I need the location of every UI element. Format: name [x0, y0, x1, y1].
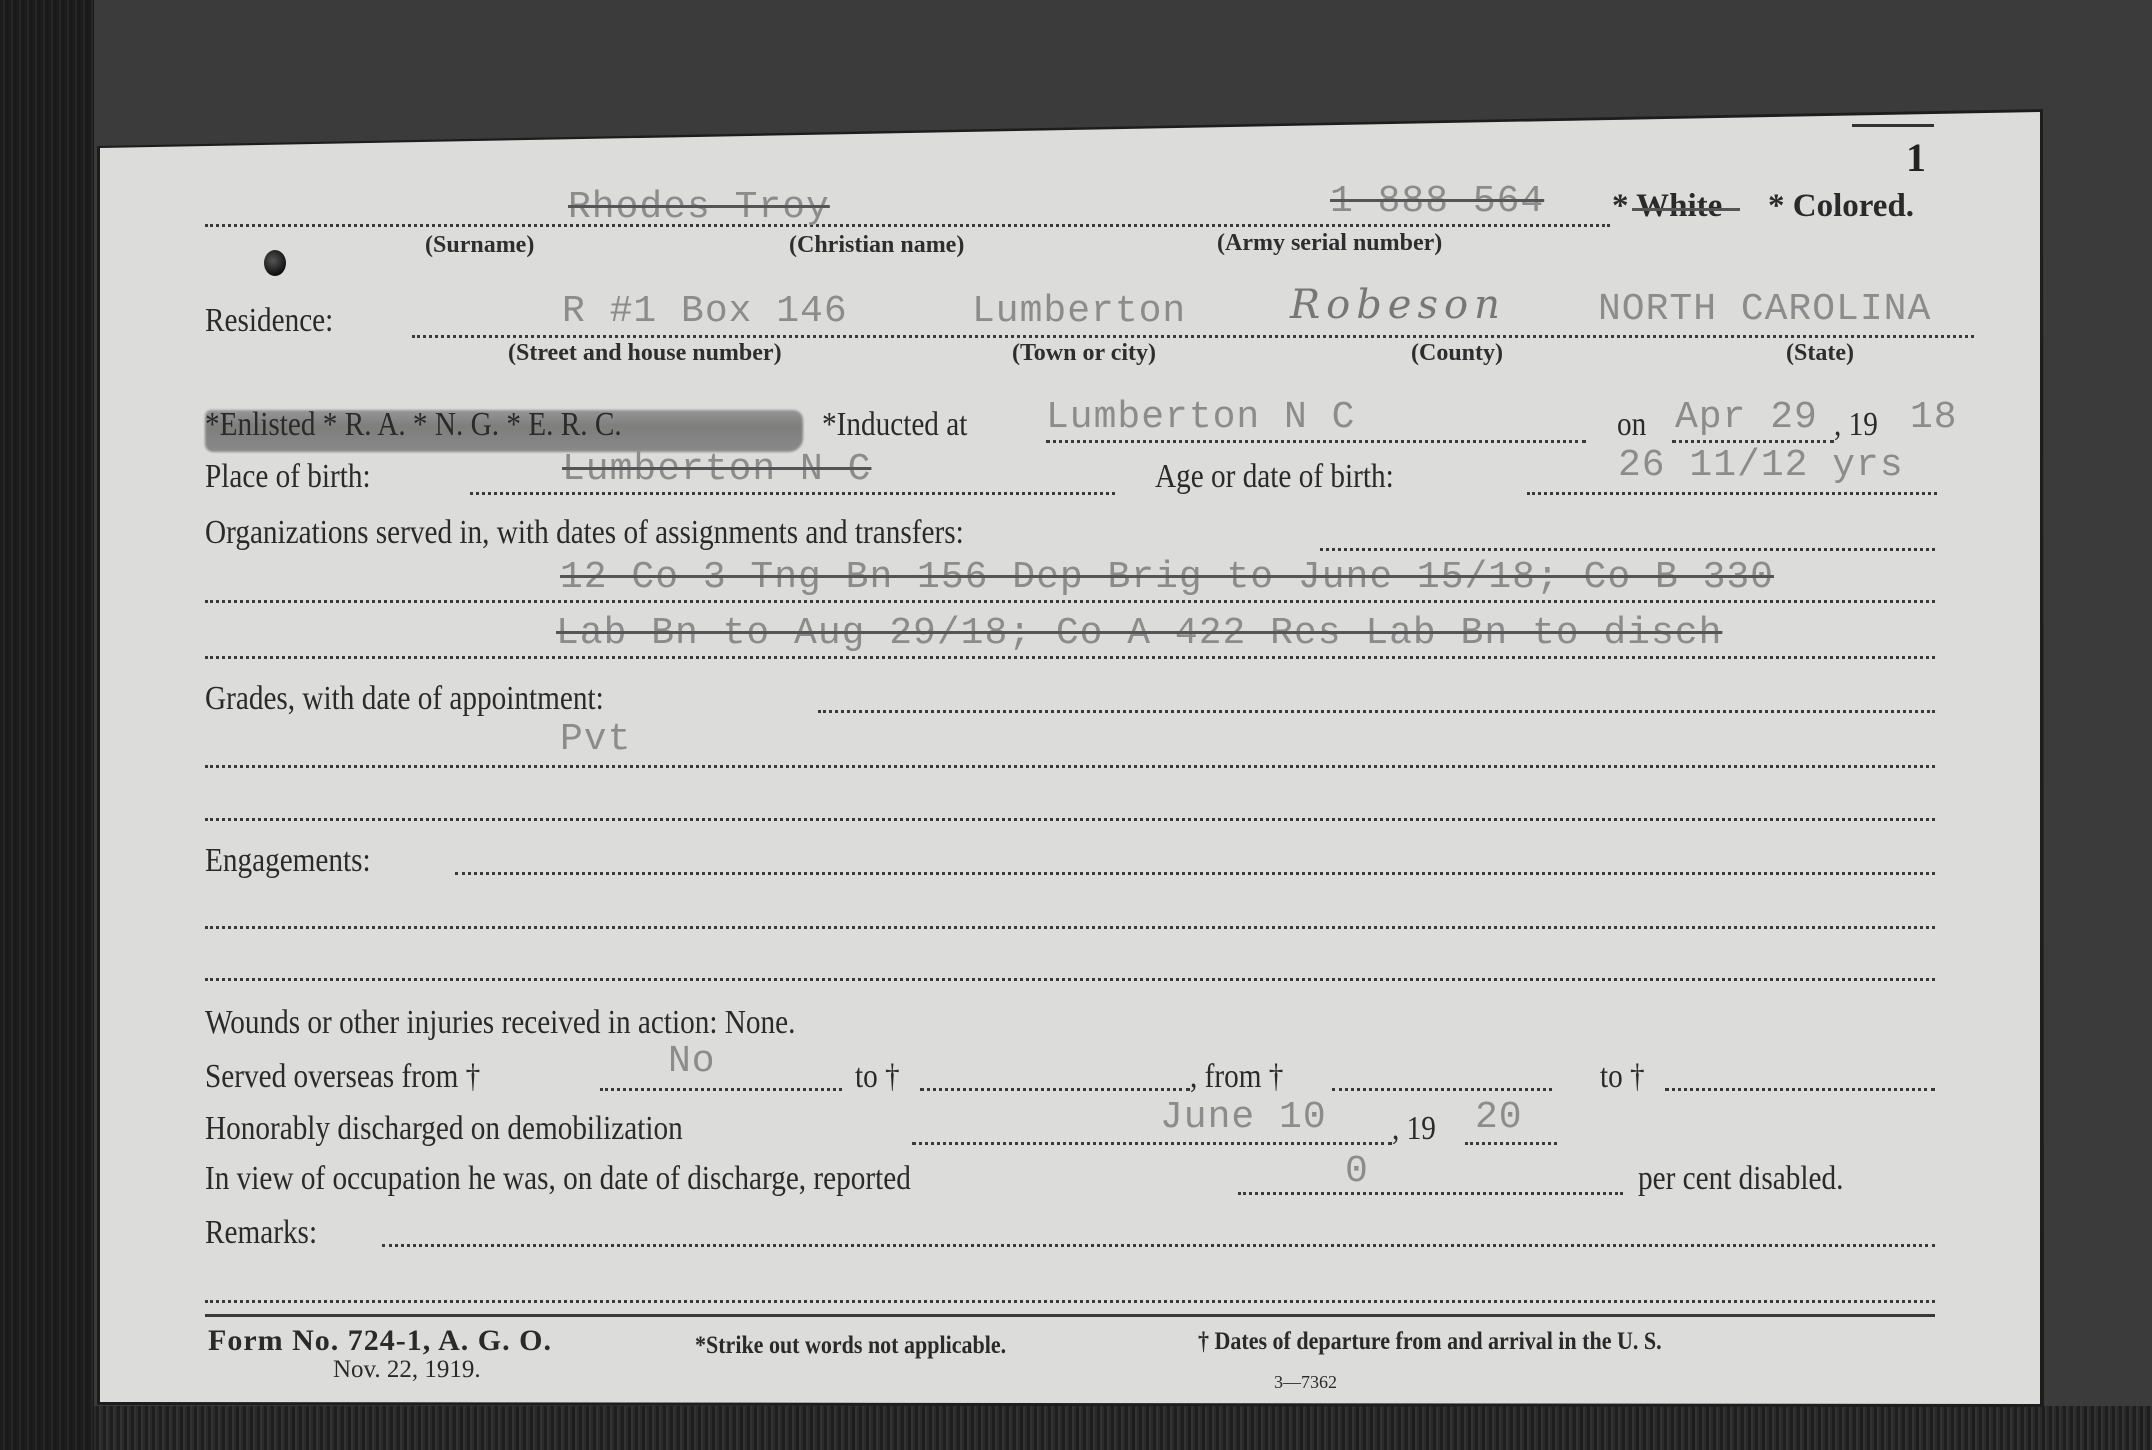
- overseas-from2-line: [1332, 1088, 1552, 1091]
- overseas-from-label: Served overseas from †: [205, 1058, 480, 1096]
- place-of-birth-line: [470, 492, 1115, 495]
- organization-entry-2: Lab Bn to Aug 29/18; Co A 422 Res Lab Bn…: [556, 612, 1722, 655]
- overseas-to2-label: to †: [1600, 1058, 1645, 1096]
- grades-label: Grades, with date of appointment:: [205, 680, 604, 718]
- organization-entry-1: 12 Co 3 Tng Bn 156 Dep Brig to June 15/1…: [560, 556, 1774, 599]
- inducted-place: Lumberton N C: [1046, 396, 1355, 439]
- organizations-line-1: [205, 600, 1935, 603]
- residence-state: NORTH CAROLINA: [1598, 288, 1931, 331]
- discharge-date: June 10: [1160, 1096, 1327, 1139]
- engagements-line-2: [205, 978, 1935, 981]
- inducted-line: [1046, 440, 1586, 443]
- town-label: (Town or city): [1012, 340, 1156, 367]
- wounds-value: None.: [725, 1004, 796, 1041]
- organizations-line-2: [205, 656, 1935, 659]
- engagements-line-1: [205, 926, 1935, 929]
- print-code: 3—7362: [1274, 1372, 1337, 1393]
- scan-border-left: [0, 0, 94, 1450]
- wounds-label: Wounds or other injuries received in act…: [205, 1004, 795, 1042]
- on-label: on: [1617, 406, 1646, 444]
- disability-label: In view of occupation he was, on date of…: [205, 1160, 911, 1198]
- grades-line-0: [818, 710, 1935, 713]
- grades-line-2: [205, 818, 1935, 821]
- inducted-label: *Inducted at: [822, 406, 967, 444]
- dagger-note: † Dates of departure from and arrival in…: [1198, 1328, 1662, 1356]
- footer-rule: [205, 1314, 1935, 1317]
- remarks-label: Remarks:: [205, 1214, 317, 1252]
- residence-label: Residence:: [205, 302, 333, 340]
- induction-date: Apr 29: [1675, 396, 1818, 439]
- discharge-year: 20: [1475, 1096, 1523, 1139]
- state-label: (State): [1786, 340, 1854, 367]
- surname-label: (Surname): [425, 232, 534, 259]
- grades-line-1: [205, 765, 1935, 768]
- age-line: [1527, 492, 1937, 495]
- form-number: Form No. 724-1, A. G. O.: [208, 1324, 552, 1358]
- place-of-birth: Lumberton N C: [562, 448, 871, 491]
- residence-street: R #1 Box 146: [562, 290, 848, 333]
- county-label: (County): [1411, 340, 1503, 367]
- age-value: 26 11/12 yrs: [1618, 444, 1904, 487]
- disability-suffix: per cent disabled.: [1638, 1160, 1843, 1198]
- organizations-label: Organizations served in, with dates of a…: [205, 514, 964, 552]
- overseas-to-label: to †: [855, 1058, 900, 1096]
- organizations-line-0: [1320, 548, 1935, 551]
- induction-year: 18: [1910, 396, 1958, 439]
- card-number-rule: [1852, 124, 1934, 127]
- service-record-card: 1 Rhodes Troy 1 888 564 * White * Colore…: [0, 0, 2152, 1450]
- name-line: [205, 224, 1610, 227]
- christian-name-label: (Christian name): [789, 232, 964, 259]
- disability-value: 0: [1345, 1150, 1369, 1193]
- remarks-line-0: [382, 1244, 1935, 1247]
- overseas-from-line: [600, 1088, 842, 1091]
- army-serial-number: 1 888 564: [1330, 180, 1544, 223]
- enlistment-options-struck: *Enlisted * R. A. * N. G. * E. R. C.: [205, 406, 622, 444]
- strike-note: *Strike out words not applicable.: [695, 1332, 1006, 1360]
- soldier-name: Rhodes Troy: [568, 186, 830, 229]
- serial-number-label: (Army serial number): [1217, 230, 1442, 257]
- engagements-label: Engagements:: [205, 842, 371, 880]
- ink-dot-mark: [264, 250, 286, 276]
- form-date: Nov. 22, 1919.: [333, 1356, 481, 1384]
- discharge-date-line: [912, 1142, 1392, 1145]
- place-of-birth-label: Place of birth:: [205, 458, 371, 496]
- overseas-from-value: No: [668, 1040, 716, 1083]
- card-number: 1: [1906, 134, 1926, 181]
- grade-value: Pvt: [560, 718, 631, 761]
- street-label: (Street and house number): [508, 340, 782, 367]
- race-colored: * Colored.: [1768, 188, 1914, 225]
- discharge-label: Honorably discharged on demobilization: [205, 1110, 683, 1148]
- scan-border-bottom: [94, 1406, 2152, 1450]
- residence-line: [412, 335, 1974, 338]
- residence-county: Robeson: [1290, 282, 1506, 328]
- age-label: Age or date of birth:: [1155, 458, 1394, 496]
- discharge-year-prefix: , 19: [1392, 1110, 1436, 1148]
- engagements-line-0: [455, 872, 1935, 875]
- overseas-from2-label: , from †: [1190, 1058, 1283, 1096]
- remarks-line-1: [205, 1300, 1935, 1303]
- induction-date-line: [1672, 440, 1834, 443]
- residence-town: Lumberton: [972, 290, 1186, 333]
- overseas-to-line: [920, 1088, 1190, 1091]
- disability-line: [1238, 1192, 1623, 1195]
- race-white-struck: * White: [1612, 188, 1722, 225]
- induction-year-prefix: , 19: [1834, 406, 1878, 444]
- discharge-year-line: [1465, 1142, 1557, 1145]
- overseas-to2-line: [1665, 1088, 1935, 1091]
